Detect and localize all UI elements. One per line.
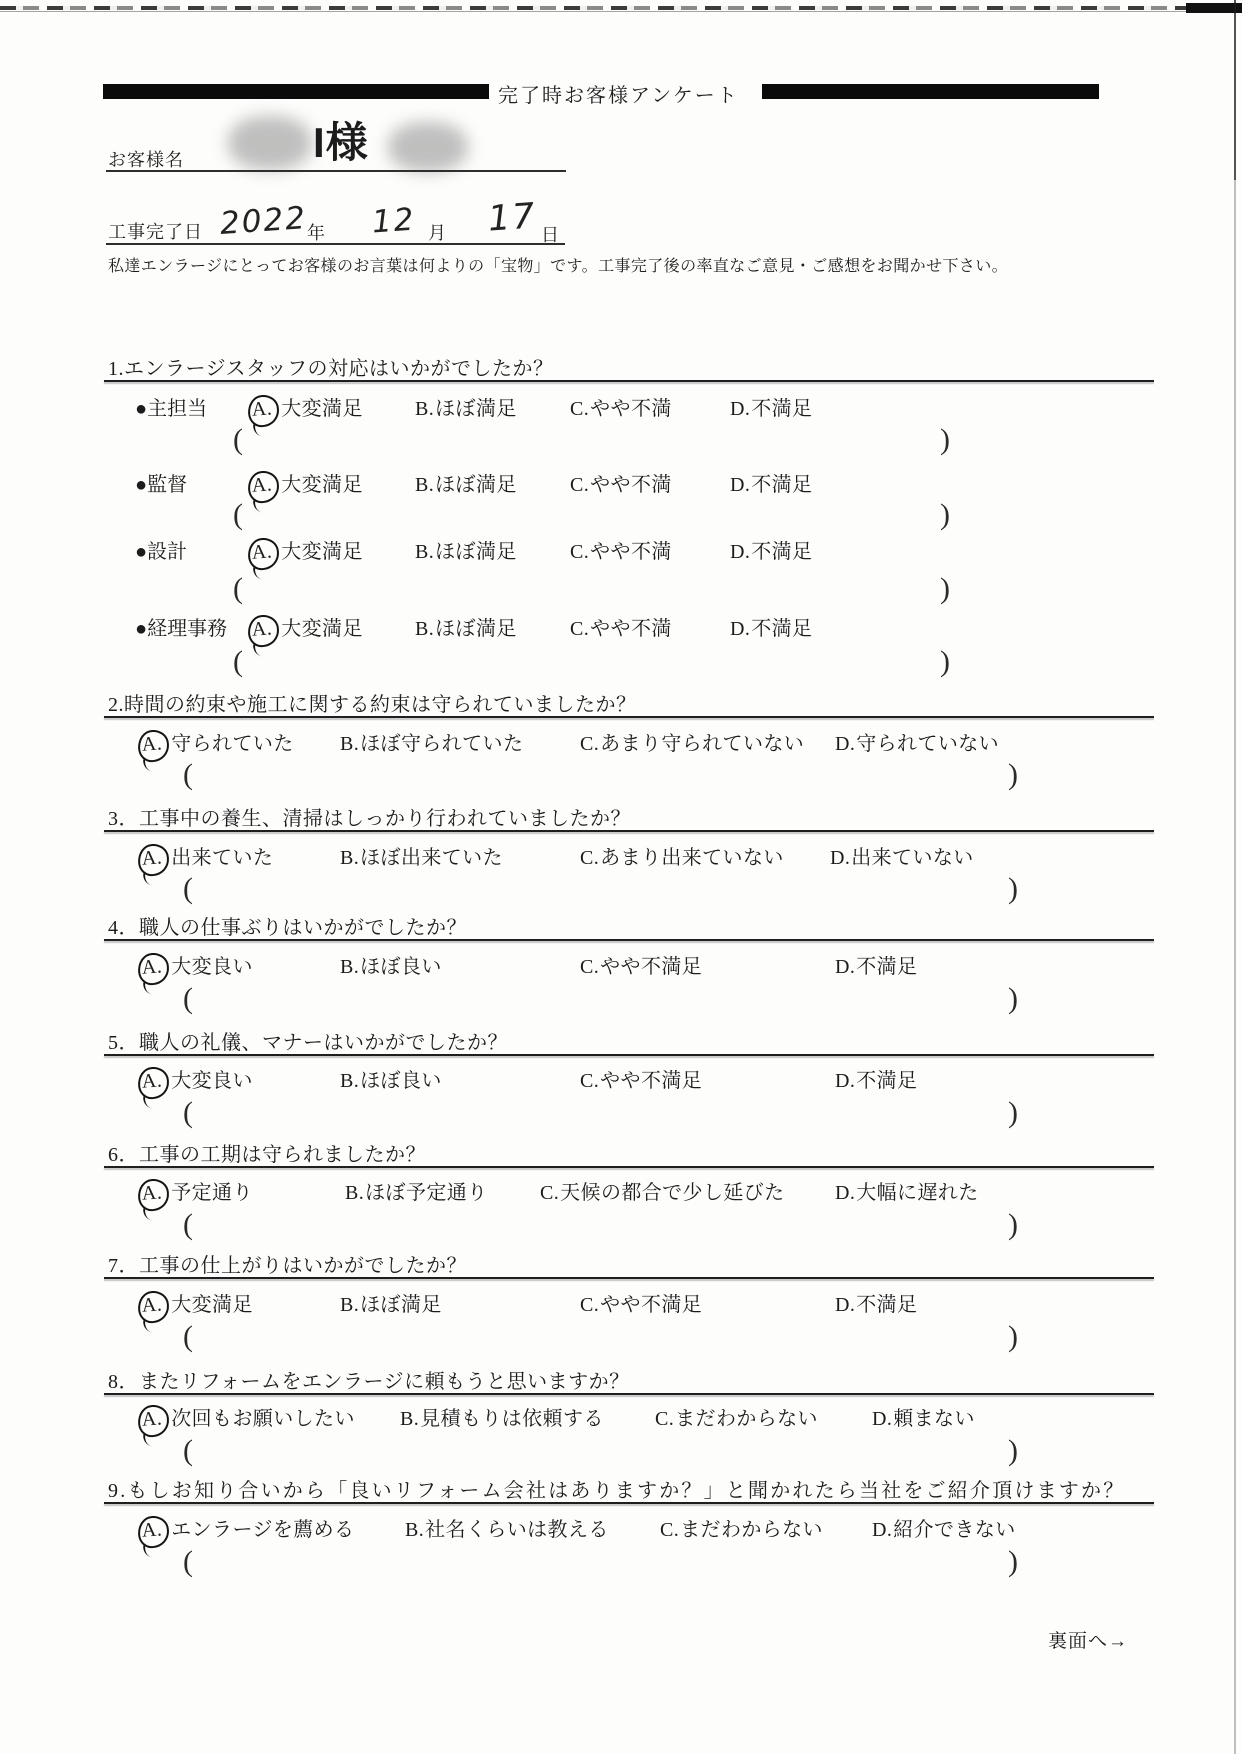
answer-option-a: A.大変満足	[143, 1288, 253, 1319]
comment-paren-close: )	[1008, 1208, 1018, 1242]
comment-paren-close: )	[1008, 982, 1018, 1016]
answer-option-c: C.やや不満	[570, 392, 672, 421]
question-underline	[104, 1054, 1154, 1056]
question-underline	[104, 1393, 1154, 1395]
customer-name: I様	[313, 110, 369, 170]
handwritten-month: 12	[371, 202, 417, 241]
handwritten-day: 17	[487, 196, 538, 239]
circle-annotation: A.	[137, 729, 170, 763]
answer-option-a: A.エンラージを薦める	[143, 1513, 354, 1544]
comment-paren-close: )	[1008, 1096, 1018, 1130]
answer-option-d: D.不満足	[730, 535, 812, 564]
answer-option-b: B.ほぼ満足	[415, 392, 517, 421]
answer-option-c: C.やや不満	[570, 612, 672, 641]
question-heading: 8．またリフォームをエンラージに頼もうと思いますか？	[108, 1365, 630, 1394]
answer-option-d: D.紹介できない	[872, 1513, 1016, 1542]
comment-paren-close: )	[1008, 1320, 1018, 1354]
answer-option-c: C.やや不満	[570, 468, 672, 497]
answer-option-d: D.不満足	[835, 1064, 917, 1093]
answer-option-b: B.ほぼ満足	[415, 468, 517, 497]
scanned-survey-page: 完了時お客様アンケート お客様名 I様 工事完了日 2022 年 12 月 17…	[0, 0, 1242, 1754]
answer-option-d: D.不満足	[730, 612, 812, 641]
comment-paren-close: )	[1008, 872, 1018, 906]
scan-artifact-top-line	[0, 11, 1242, 12]
answer-option-c: C.まだわからない	[655, 1402, 818, 1431]
row-label: ●設計	[135, 535, 187, 564]
answer-option-d: D.守られていない	[835, 727, 999, 756]
answer-option-b: B.ほぼ守られていた	[340, 727, 523, 756]
question-underline	[104, 716, 1154, 718]
circle-annotation: A.	[247, 470, 280, 504]
circle-annotation: A.	[137, 1404, 170, 1438]
answer-option-a: A.守られていた	[143, 727, 294, 758]
answer-option-d: D.不満足	[730, 468, 812, 497]
comment-paren-open: (	[233, 645, 243, 679]
comment-paren-open: (	[183, 758, 193, 792]
comment-paren-close: )	[940, 645, 950, 679]
redaction-blur	[388, 122, 468, 172]
answer-option-a: A.予定通り	[143, 1176, 253, 1207]
comment-paren-close: )	[1008, 758, 1018, 792]
handwritten-year: 2022	[219, 200, 308, 242]
circle-annotation: A.	[137, 952, 170, 986]
completion-date-label: 工事完了日	[108, 218, 203, 244]
answer-option-d: D.不満足	[835, 950, 917, 979]
question-heading: 7．工事の仕上がりはいかがでしたか？	[108, 1249, 467, 1278]
answer-option-c: C.やや不満	[570, 535, 672, 564]
question-underline	[104, 1277, 1154, 1279]
answer-option-a: A.出来ていた	[143, 841, 273, 872]
comment-paren-close: )	[940, 498, 950, 532]
scan-artifact-right-edge	[1234, 0, 1236, 1754]
answer-option-b: B.ほぼ満足	[415, 535, 517, 564]
question-heading: 9.もしお知り合いから「良いリフォーム会社はありますか？」と聞かれたら当社をご紹…	[108, 1474, 1125, 1503]
question-underline	[104, 830, 1154, 832]
row-label: ●主担当	[135, 392, 207, 421]
row-label: ●経理事務	[135, 612, 227, 641]
comment-paren-close: )	[1008, 1434, 1018, 1468]
circle-annotation: A.	[137, 1066, 170, 1100]
answer-option-b: B.ほぼ満足	[415, 612, 517, 641]
answer-option-a: A.大変満足	[253, 468, 363, 499]
circle-annotation: A.	[247, 394, 280, 428]
circle-annotation: A.	[137, 843, 170, 877]
answer-option-b: B.ほぼ出来ていた	[340, 841, 503, 870]
answer-option-d: D.大幅に遅れた	[835, 1176, 979, 1205]
answer-option-a: A.大変良い	[143, 950, 253, 981]
comment-paren-close: )	[1008, 1545, 1018, 1579]
circle-annotation: A.	[247, 537, 280, 571]
answer-option-c: C.やや不満足	[580, 1064, 702, 1093]
answer-option-d: D.出来ていない	[830, 841, 974, 870]
comment-paren-open: (	[183, 982, 193, 1016]
comment-paren-open: (	[183, 1096, 193, 1130]
question-heading: 4．職人の仕事ぶりはいかがでしたか？	[108, 911, 467, 940]
month-unit: 月	[428, 219, 446, 245]
answer-option-b: B.ほぼ予定通り	[345, 1176, 488, 1205]
question-heading: 2.時間の約束や施工に関する約束は守られていましたか？	[108, 688, 637, 717]
circle-annotation: A.	[137, 1515, 170, 1549]
answer-option-a: A.大変満足	[253, 535, 363, 566]
answer-option-b: B.ほぼ良い	[340, 1064, 442, 1093]
question-underline	[104, 380, 1154, 382]
answer-option-d: D.頼まない	[872, 1402, 975, 1431]
answer-option-b: B.社名くらいは教える	[405, 1513, 609, 1542]
answer-option-b: B.ほぼ満足	[340, 1288, 442, 1317]
answer-option-c: C.あまり守られていない	[580, 727, 804, 756]
answer-option-c: C.やや不満足	[580, 1288, 702, 1317]
comment-paren-open: (	[183, 1208, 193, 1242]
customer-name-underline	[106, 170, 566, 172]
redaction-bar-right	[762, 84, 1099, 99]
row-label: ●監督	[135, 468, 187, 497]
comment-paren-open: (	[233, 423, 243, 457]
answer-option-d: D.不満足	[835, 1288, 917, 1317]
answer-option-c: C.天候の都合で少し延びた	[540, 1176, 785, 1205]
redaction-bar-left	[103, 84, 489, 99]
question-heading: 1.エンラージスタッフの対応はいかがでしたか？	[108, 352, 554, 381]
answer-option-d: D.不満足	[730, 392, 812, 421]
question-underline	[104, 1166, 1154, 1168]
answer-option-a: A.大変良い	[143, 1064, 253, 1095]
redaction-blur	[228, 116, 312, 170]
answer-option-a: A.大変満足	[253, 612, 363, 643]
circle-annotation: A.	[137, 1290, 170, 1324]
answer-option-b: B.見積もりは依頼する	[400, 1402, 604, 1431]
date-underline	[106, 243, 565, 245]
comment-paren-open: (	[183, 1320, 193, 1354]
form-title: 完了時お客様アンケート	[498, 79, 739, 108]
comment-paren-open: (	[233, 572, 243, 606]
question-heading: 5．職人の礼儀、マナーはいかがでしたか？	[108, 1026, 508, 1055]
question-heading: 3．工事中の養生、清掃はしっかり行われていましたか？	[108, 802, 631, 831]
question-underline	[104, 939, 1154, 941]
answer-option-c: C.まだわからない	[660, 1513, 823, 1542]
comment-paren-close: )	[940, 423, 950, 457]
comment-paren-close: )	[940, 572, 950, 606]
scan-artifact-top	[0, 6, 1242, 10]
year-unit: 年	[307, 219, 325, 245]
circle-annotation: A.	[247, 614, 280, 648]
to-back-page-note: 裏面へ→	[1048, 1626, 1128, 1653]
answer-option-a: A.次回もお願いしたい	[143, 1402, 355, 1433]
comment-paren-open: (	[183, 1434, 193, 1468]
comment-paren-open: (	[233, 498, 243, 532]
circle-annotation: A.	[137, 1178, 170, 1212]
question-underline	[104, 1502, 1154, 1504]
answer-option-a: A.大変満足	[253, 392, 363, 423]
comment-paren-open: (	[183, 1545, 193, 1579]
comment-paren-open: (	[183, 872, 193, 906]
answer-option-b: B.ほぼ良い	[340, 950, 442, 979]
customer-name-label: お客様名	[108, 146, 184, 172]
question-heading: 6．工事の工期は守られましたか？	[108, 1138, 426, 1167]
answer-option-c: C.あまり出来ていない	[580, 841, 784, 870]
answer-option-c: C.やや不満足	[580, 950, 702, 979]
intro-text: 私達エンラージにとってお客様のお言葉は何よりの「宝物」です。工事完了後の率直なご…	[108, 253, 1008, 276]
